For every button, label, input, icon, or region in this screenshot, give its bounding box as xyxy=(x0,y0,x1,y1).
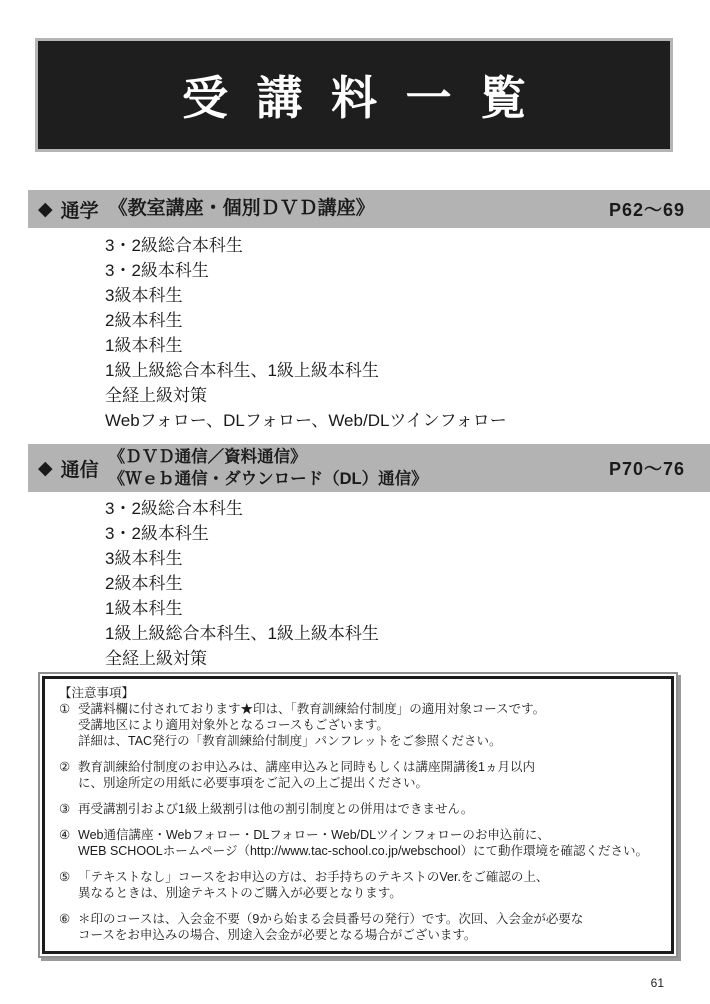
course-item: 全経上級対策 xyxy=(105,383,507,408)
course-item: 1級本科生 xyxy=(105,596,379,621)
section-label: 通学 xyxy=(61,196,99,223)
note-line: 教育訓練給付制度のお申込みは、講座申込みと同時もしくは講座開講後1ヵ月以内 xyxy=(78,759,659,775)
course-item: 3級本科生 xyxy=(105,546,379,571)
notes-box-inner: 【注意事項】 ① 受講料欄に付されております★印は、「教育訓練給付制度」の適用対… xyxy=(42,676,674,954)
note-item-5: ⑤ 「テキストなし」コースをお申込の方は、お手持ちのテキストのVer.をご確認の… xyxy=(59,869,659,901)
course-item: 3・2級総合本科生 xyxy=(105,233,507,258)
section-subtitle: 《教室講座・個別ＤＶＤ講座》 xyxy=(109,198,375,220)
section-label: 通信 xyxy=(61,455,99,482)
note-line: ＊印のコースは、入会金不要（9から始まる会員番号の発行）です。次回、入会金が必要… xyxy=(78,911,659,927)
notes-heading: 【注意事項】 xyxy=(59,685,659,701)
note-line: 受講料欄に付されております★印は、「教育訓練給付制度」の適用対象コースです。 xyxy=(78,701,659,717)
note-line: に、別途所定の用紙に必要事項をご記入の上ご提出ください。 xyxy=(78,775,659,791)
course-item: 3・2級本科生 xyxy=(105,258,507,283)
title-banner: 受講料一覧 xyxy=(35,38,673,152)
fee-list-page: 受講料一覧 ◆ 通学 《教室講座・個別ＤＶＤ講座》 P62〜69 3・2級総合本… xyxy=(0,0,710,1004)
note-number: ③ xyxy=(59,801,78,817)
note-line: WEB SCHOOLホームページ（http://www.tac-school.c… xyxy=(78,843,659,859)
page-range: P70〜76 xyxy=(609,455,685,481)
note-number: ④ xyxy=(59,827,78,859)
course-item: 2級本科生 xyxy=(105,571,379,596)
note-line: 「テキストなし」コースをお申込の方は、お手持ちのテキストのVer.をご確認の上、 xyxy=(78,869,659,885)
page-number: 61 xyxy=(651,976,664,990)
course-item: 3級本科生 xyxy=(105,283,507,308)
course-item: 3・2級総合本科生 xyxy=(105,496,379,521)
note-number: ⑤ xyxy=(59,869,78,901)
course-item: 2級本科生 xyxy=(105,308,507,333)
page-title: 受講料一覧 xyxy=(153,62,554,128)
course-item: 1級上級総合本科生、1級上級本科生 xyxy=(105,621,379,646)
note-number: ⑥ xyxy=(59,911,78,943)
course-item: 1級上級総合本科生、1級上級本科生 xyxy=(105,358,507,383)
note-item-3: ③ 再受講割引および1級上級割引は他の割引制度との併用はできません。 xyxy=(59,801,659,817)
course-list-tsugaku: 3・2級総合本科生 3・2級本科生 3級本科生 2級本科生 1級本科生 1級上級… xyxy=(105,233,507,433)
course-list-tsushin: 3・2級総合本科生 3・2級本科生 3級本科生 2級本科生 1級本科生 1級上級… xyxy=(105,496,379,671)
note-line: 詳細は、TAC発行の「教育訓練給付制度」パンフレットをご参照ください。 xyxy=(78,733,659,749)
course-item: 1級本科生 xyxy=(105,333,507,358)
note-line: コースをお申込みの場合、別途入会金が必要となる場合がございます。 xyxy=(78,927,659,943)
note-item-4: ④ Web通信講座・Webフォロー・DLフォロー・Web/DLツインフォローのお… xyxy=(59,827,659,859)
section-header-tsugaku: ◆ 通学 《教室講座・個別ＤＶＤ講座》 P62〜69 xyxy=(28,190,710,228)
section-header-tsushin: ◆ 通信 《ＤＶＤ通信／資料通信》 《Ｗｅｂ通信・ダウンロード（DL）通信》 P… xyxy=(28,444,710,492)
section-subtitle: 《ＤＶＤ通信／資料通信》 xyxy=(109,446,428,468)
note-item-1: ① 受講料欄に付されております★印は、「教育訓練給付制度」の適用対象コースです。… xyxy=(59,701,659,749)
note-item-2: ② 教育訓練給付制度のお申込みは、講座申込みと同時もしくは講座開講後1ヵ月以内 … xyxy=(59,759,659,791)
diamond-bullet-icon: ◆ xyxy=(38,200,53,219)
note-line: 異なるときは、別途テキストのご購入が必要となります。 xyxy=(78,885,659,901)
note-line: Web通信講座・Webフォロー・DLフォロー・Web/DLツインフォローのお申込… xyxy=(78,827,659,843)
section-subtitle: 《Ｗｅｂ通信・ダウンロード（DL）通信》 xyxy=(109,468,428,490)
note-number: ② xyxy=(59,759,78,791)
note-line: 再受講割引および1級上級割引は他の割引制度との併用はできません。 xyxy=(78,801,659,817)
note-item-6: ⑥ ＊印のコースは、入会金不要（9から始まる会員番号の発行）です。次回、入会金が… xyxy=(59,911,659,943)
notes-box: 【注意事項】 ① 受講料欄に付されております★印は、「教育訓練給付制度」の適用対… xyxy=(38,672,678,958)
diamond-bullet-icon: ◆ xyxy=(38,459,53,478)
note-number: ① xyxy=(59,701,78,749)
course-item: 3・2級本科生 xyxy=(105,521,379,546)
course-item: 全経上級対策 xyxy=(105,646,379,671)
course-item: Webフォロー、DLフォロー、Web/DLツインフォロー xyxy=(105,408,507,433)
page-range: P62〜69 xyxy=(609,196,685,222)
note-line: 受講地区により適用対象外となるコースもございます。 xyxy=(78,717,659,733)
